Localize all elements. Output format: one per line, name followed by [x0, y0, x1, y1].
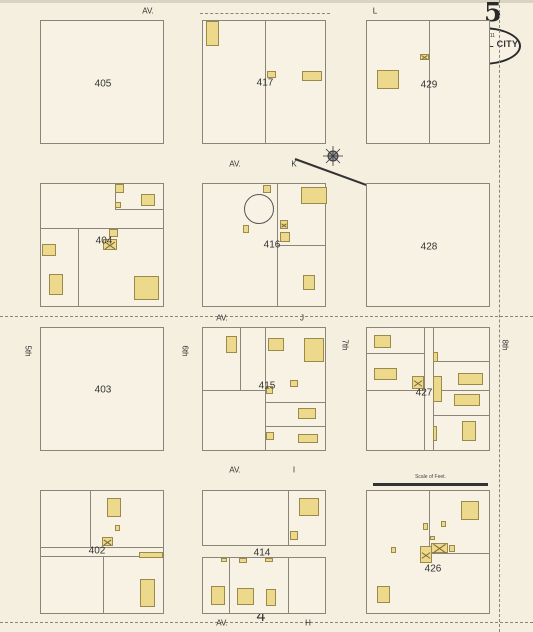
block-416[interactable]: 416: [202, 183, 326, 307]
street-label-k: K: [291, 160, 296, 169]
block-404[interactable]: 404: [40, 183, 164, 307]
block-415[interactable]: 415: [202, 327, 326, 451]
building: [280, 232, 290, 242]
street-line-h: [0, 622, 533, 623]
scale-bar-line: [373, 483, 488, 486]
block-number: 404: [96, 236, 113, 247]
street-label-l: L: [373, 7, 377, 16]
lot-line: [203, 390, 265, 391]
street-label-av-j: AV.: [216, 314, 228, 323]
building: [431, 543, 448, 553]
compass-rose-icon: [322, 145, 344, 167]
building: [299, 498, 319, 516]
building: [290, 531, 298, 540]
street-label-i: I: [293, 466, 295, 475]
block-number: 402: [89, 546, 106, 557]
top-border: [0, 0, 533, 3]
lot-line: [433, 415, 489, 416]
building: [221, 558, 227, 562]
building: [115, 525, 120, 531]
building: [420, 546, 432, 563]
building: [266, 589, 276, 606]
scale-bar: Scale of Feet.: [373, 474, 488, 486]
block-414-north[interactable]: [202, 490, 326, 546]
building: [303, 275, 315, 290]
building: [391, 547, 396, 553]
block-405[interactable]: 405: [40, 20, 164, 144]
street-label-j: J: [300, 314, 304, 323]
lot-line: [41, 228, 163, 229]
sanborn-map-sheet: 5 SEPT. 1911 NATIONAL CITY CAL. AV. L AV…: [0, 0, 533, 632]
street-label-av-i: AV.: [229, 466, 241, 475]
building: [239, 558, 247, 563]
lot-line: [265, 402, 325, 403]
block-number: 417: [257, 78, 274, 89]
building: [266, 432, 274, 440]
block-417[interactable]: 417: [202, 20, 326, 144]
building: [268, 338, 284, 351]
building: [141, 194, 155, 206]
street-label-h: H: [305, 619, 311, 628]
street-label-av-k: AV.: [229, 160, 241, 169]
lot-line: [367, 353, 424, 354]
block-429[interactable]: 429: [366, 20, 490, 144]
building: [433, 376, 442, 402]
block-426[interactable]: 426: [366, 490, 490, 614]
block-number: 426: [425, 564, 442, 575]
building: [115, 184, 124, 193]
lot-line: [103, 556, 104, 613]
building: [134, 276, 159, 300]
building: [280, 220, 288, 229]
building: [237, 588, 254, 605]
building: [420, 54, 429, 60]
building: [449, 545, 455, 552]
street-label-av-top: AV.: [142, 7, 154, 16]
block-427[interactable]: 427: [366, 327, 490, 451]
building: [265, 558, 273, 562]
street-label-7th: 7th: [341, 339, 350, 350]
building: [49, 274, 63, 295]
well-circle: [244, 194, 274, 224]
street-label-8th: 8th: [501, 339, 510, 350]
lot-line: [288, 491, 289, 545]
street-line-8th: [499, 0, 500, 632]
street-line-j: [0, 316, 533, 317]
building: [206, 21, 219, 46]
building: [377, 586, 390, 603]
building: [211, 586, 225, 605]
block-number: 403: [95, 385, 112, 396]
street-label-6th: 6th: [181, 345, 190, 356]
block-number: 415: [259, 381, 276, 392]
lot-line: [90, 491, 91, 547]
lot-line: [78, 228, 79, 306]
block-428[interactable]: 428: [366, 183, 490, 307]
building: [441, 521, 446, 527]
building: [454, 394, 480, 406]
building: [243, 225, 249, 233]
building: [107, 498, 121, 517]
lot-line: [277, 245, 325, 246]
lot-line: [240, 328, 241, 390]
building: [301, 187, 327, 204]
building: [42, 244, 56, 256]
building: [374, 368, 397, 380]
lot-line: [429, 553, 489, 554]
building: [290, 380, 298, 387]
building: [433, 352, 438, 362]
building: [377, 70, 399, 89]
building: [298, 434, 318, 443]
block-number: 429: [421, 80, 438, 91]
building: [433, 426, 437, 441]
block-414-south[interactable]: [202, 557, 326, 614]
building: [304, 338, 324, 362]
block-number: 428: [421, 242, 438, 253]
lot-line: [429, 491, 430, 553]
lot-line: [433, 361, 489, 362]
lot-line: [115, 209, 163, 210]
street-line-top: [200, 13, 330, 14]
street-label-5th: 5th: [24, 345, 33, 356]
building: [430, 536, 435, 540]
building: [423, 523, 428, 530]
building: [298, 408, 316, 419]
building: [458, 373, 483, 385]
building: [139, 552, 163, 558]
building: [462, 421, 476, 441]
building: [461, 501, 479, 520]
building: [263, 185, 271, 193]
lot-line: [265, 426, 325, 427]
scale-label: Scale of Feet.: [373, 474, 488, 480]
block-403[interactable]: 403: [40, 327, 164, 451]
building: [374, 335, 391, 348]
lot-line: [229, 558, 230, 613]
building: [140, 579, 155, 607]
block-number: 405: [95, 79, 112, 90]
block-402[interactable]: 402: [40, 490, 164, 614]
building: [226, 336, 237, 353]
lot-line: [288, 558, 289, 613]
block-number: 416: [264, 240, 281, 251]
block-number: 427: [416, 388, 433, 399]
building: [115, 202, 121, 208]
street-label-av-h: AV.: [216, 619, 228, 628]
building: [302, 71, 322, 81]
